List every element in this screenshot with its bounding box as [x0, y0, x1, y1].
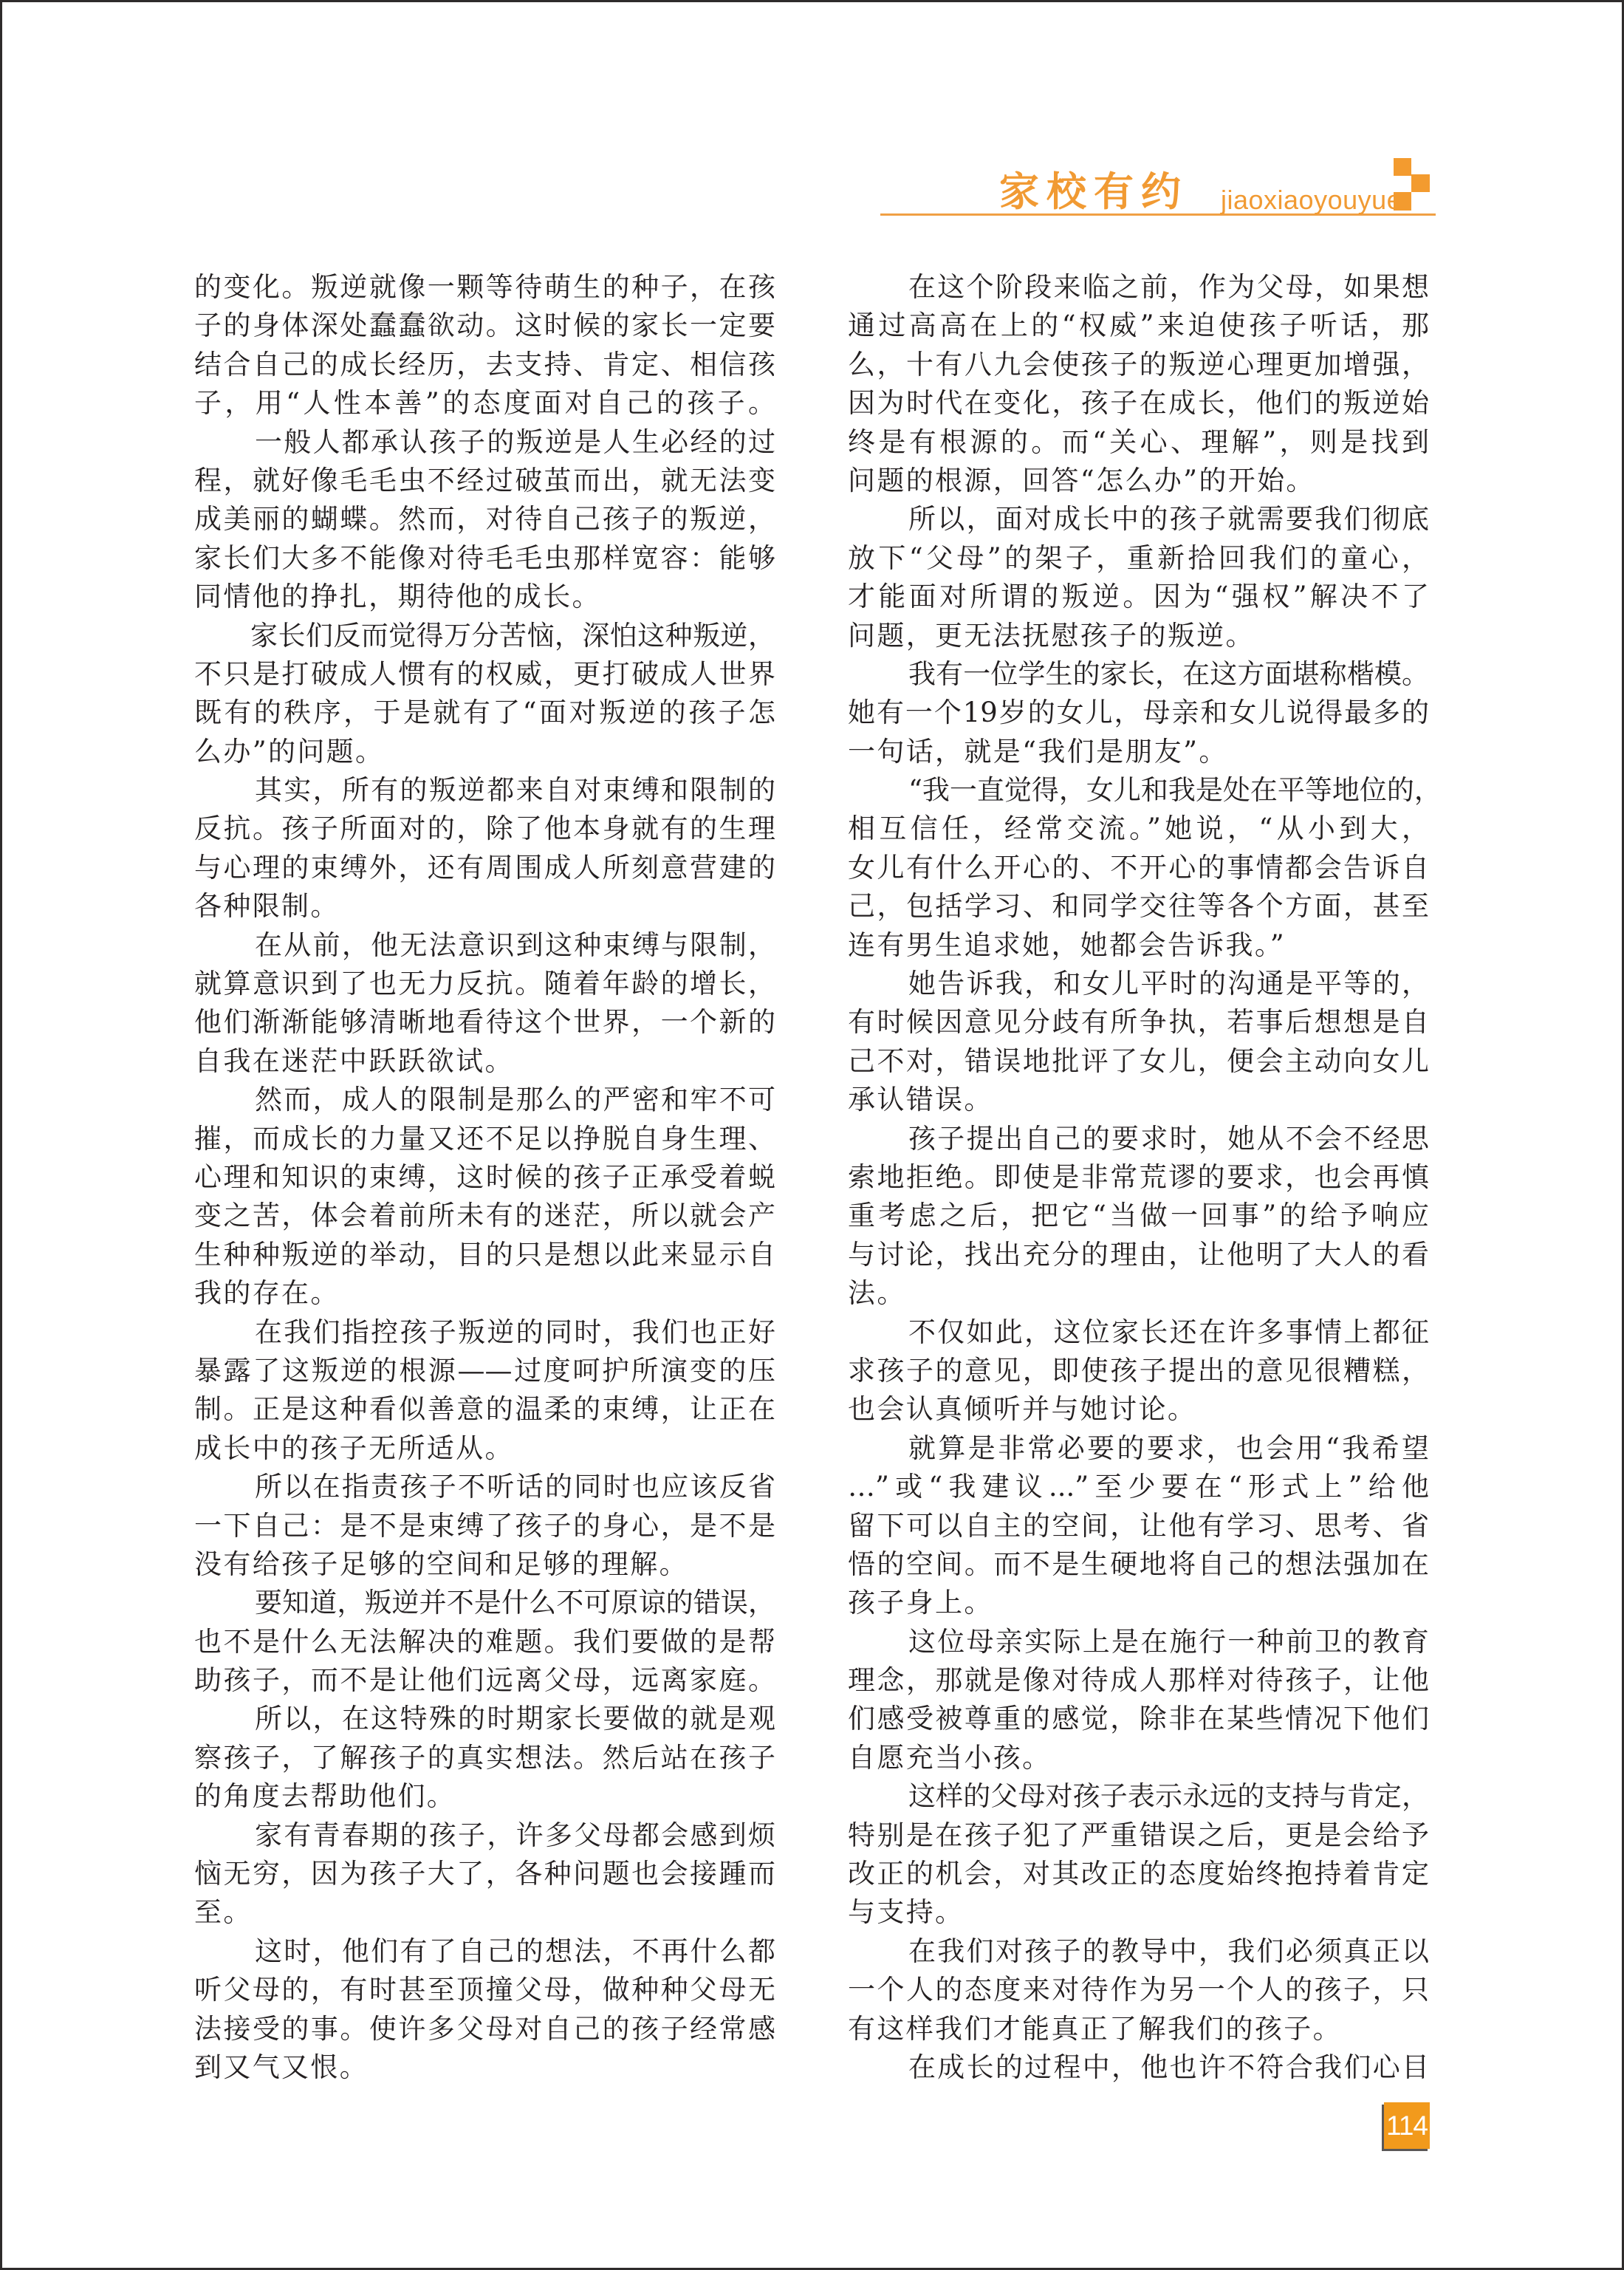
paragraph-end-line: 同情他的挣扎，期待他的成长。	[194, 578, 775, 616]
paragraph-start-line: 所以，在这特殊的时期家长要做的就是观	[194, 1700, 775, 1738]
paragraph-start-line: 其实，所有的叛逆都来自对束缚和限制的	[194, 771, 775, 810]
text-line: 子，用“人性本善”的态度面对自己的孩子。	[194, 384, 775, 423]
paragraph-end-line: 的角度去帮助他们。	[194, 1777, 775, 1816]
text-line: 子的身体深处蠢蠢欲动。这时候的家长一定要	[194, 307, 775, 345]
text-line: 特别是在孩子犯了严重错误之后，更是会给予	[848, 1816, 1429, 1855]
paragraph-end-line: 没有给孩子足够的空间和足够的理解。	[194, 1545, 775, 1584]
text-line: 成美丽的蝴蝶。然而，对待自己孩子的叛逆，	[194, 500, 775, 539]
text-line: 求孩子的意见，即使孩子提出的意见很糟糕，	[848, 1352, 1429, 1390]
text-line: 与心理的束缚外，还有周围成人所刻意营建的	[194, 849, 775, 887]
text-line: 一下自己：是不是束缚了孩子的身心，是不是	[194, 1507, 775, 1545]
text-line: 才能面对所谓的叛逆。因为“强权”解决不了	[848, 578, 1429, 616]
paragraph-end-line: 么办”的问题。	[194, 733, 775, 771]
text-line: 反抗。孩子所面对的，除了他本身就有的生理	[194, 810, 775, 848]
paragraph-start-line: 她告诉我，和女儿平时的沟通是平等的，	[848, 965, 1429, 1003]
text-line: 摧，而成长的力量又还不足以挣脱自身生理、	[194, 1120, 775, 1158]
paragraph-start-line: 家长们反而觉得万分苦恼，深怕这种叛逆，	[194, 617, 775, 655]
text-line: 们感受被尊重的感觉，除非在某些情况下他们	[848, 1700, 1429, 1738]
text-line: 理念，那就是像对待成人那样对待孩子，让他	[848, 1661, 1429, 1700]
paragraph-start-line: 我有一位学生的家长，在这方面堪称楷模。	[848, 655, 1429, 694]
text-line: 心理和知识的束缚，这时候的孩子正承受着蜕	[194, 1158, 775, 1197]
paragraph-end-line: 各种限制。	[194, 887, 775, 926]
paragraph-end-line: 与支持。	[848, 1893, 1429, 1932]
text-line: 制。正是这种看似善意的温柔的束缚，让正在	[194, 1390, 775, 1429]
paragraph-end-line: 连有男生追求她，她都会告诉我。”	[848, 926, 1429, 965]
text-line: 既有的秩序，于是就有了“面对叛逆的孩子怎	[194, 694, 775, 732]
text-line: 也不是什么无法解决的难题。我们要做的是帮	[194, 1623, 775, 1661]
paragraph-end-line: 自我在迷茫中跃跃欲试。	[194, 1042, 775, 1081]
paragraph-end-line: 成长中的孩子无所适从。	[194, 1429, 775, 1468]
paragraph-start-line: 不仅如此，这位家长还在许多事情上都征	[848, 1313, 1429, 1352]
text-line: 女儿有什么开心的、不开心的事情都会告诉自	[848, 849, 1429, 887]
text-line: 他们渐渐能够清晰地看待这个世界，一个新的	[194, 1003, 775, 1042]
paragraph-start-line: 一般人都承认孩子的叛逆是人生必经的过	[194, 423, 775, 462]
paragraph-end-line: 到又气又恨。	[194, 2048, 775, 2087]
text-line: 家长们大多不能像对待毛毛虫那样宽容：能够	[194, 539, 775, 578]
article-column-left: 的变化。叛逆就像一颗等待萌生的种子，在孩 子的身体深处蠢蠢欲动。这时候的家长一定…	[194, 268, 775, 2087]
text-line: 法接受的事。使许多父母对自己的孩子经常感	[194, 2010, 775, 2048]
orange-square-icon	[1394, 158, 1411, 176]
text-line: 终是有根源的。而“关心、理解”，则是找到	[848, 423, 1429, 462]
text-line: 与讨论，找出充分的理由，让他明了大人的看	[848, 1236, 1429, 1274]
paragraph-end-line: 法。	[848, 1274, 1429, 1313]
paragraph-start-line: 在这个阶段来临之前，作为父母，如果想	[848, 268, 1429, 307]
paragraph-start-line: 这样的父母对孩子表示永远的支持与肯定，	[848, 1777, 1429, 1816]
text-line: 悟的空间。而不是生硬地将自己的想法强加在	[848, 1545, 1429, 1584]
text-line: 一个人的态度来对待作为另一个人的孩子，只	[848, 1971, 1429, 2009]
orange-square-icon	[1394, 192, 1411, 211]
text-line: 己，包括学习、和同学交往等各个方面，甚至	[848, 887, 1429, 926]
text-line: …”或“我建议...”至少要在“形式上”给他	[848, 1468, 1429, 1506]
paragraph-end-line: 孩子身上。	[848, 1584, 1429, 1622]
text-line: 听父母的，有时甚至顶撞父母，做种种父母无	[194, 1971, 775, 2009]
paragraph-end-line: 有这样我们才能真正了解我们的孩子。	[848, 2010, 1429, 2048]
text-line: 相互信任，经常交流。”她说，“从小到大，	[848, 810, 1429, 848]
paragraph-end-line: 一句话，就是“我们是朋友”。	[848, 733, 1429, 771]
paragraph-end-line: 也会认真倾听并与她讨论。	[848, 1390, 1429, 1429]
text-line: 她有一个19岁的女儿，母亲和女儿说得最多的	[848, 694, 1429, 732]
text-line: 恼无穷，因为孩子大了，各种问题也会接踵而	[194, 1855, 775, 1893]
paragraph-start-line: 所以在指责孩子不听话的同时也应该反省	[194, 1468, 775, 1506]
text-line: 因为时代在变化，孩子在成长，他们的叛逆始	[848, 384, 1429, 423]
paragraph-start-line: 然而，成人的限制是那么的严密和牢不可	[194, 1081, 775, 1119]
paragraph-end-line: 承认错误。	[848, 1081, 1429, 1119]
text-line: 通过高高在上的“权威”来迫使孩子听话，那	[848, 307, 1429, 345]
text-line: 有时候因意见分歧有所争执，若事后想想是自	[848, 1003, 1429, 1042]
text-line: 变之苦，体会着前所未有的迷茫，所以就会产	[194, 1197, 775, 1235]
text-line: 不只是打破成人惯有的权威，更打破成人世界	[194, 655, 775, 694]
paragraph-start-line: “我一直觉得，女儿和我是处在平等地位的，	[848, 771, 1429, 810]
paragraph-start-line: 就算是非常必要的要求，也会用“我希望	[848, 1429, 1429, 1468]
section-title: 家校有约	[999, 168, 1188, 216]
paragraph-start-line: 在成长的过程中，他也许不符合我们心目	[848, 2048, 1429, 2087]
paragraph-start-line: 在我们指控孩子叛逆的同时，我们也正好	[194, 1313, 775, 1352]
paragraph-start-line: 这位母亲实际上是在施行一种前卫的教育	[848, 1623, 1429, 1661]
paragraph-end-line: 至。	[194, 1893, 775, 1932]
section-title-pinyin: jiaoxiaoyouyue	[1221, 187, 1402, 213]
paragraph-start-line: 要知道，叛逆并不是什么不可原谅的错误，	[194, 1584, 775, 1622]
text-line: 己不对，错误地批评了女儿，便会主动向女儿	[848, 1042, 1429, 1081]
paragraph-start-line: 这时，他们有了自己的想法，不再什么都	[194, 1932, 775, 1971]
text-line: 察孩子，了解孩子的真实想法。然后站在孩子	[194, 1739, 775, 1777]
text-line: 改正的机会，对其改正的态度始终抱持着肯定	[848, 1855, 1429, 1893]
paragraph-start-line: 所以，面对成长中的孩子就需要我们彻底	[848, 500, 1429, 539]
text-line: 的变化。叛逆就像一颗等待萌生的种子，在孩	[194, 268, 775, 307]
magazine-page: 家校有约 jiaoxiaoyouyue 的变化。叛逆就像一颗等待萌生的种子，在孩…	[0, 0, 1624, 2270]
text-line: 就算意识到了也无力反抗。随着年龄的增长，	[194, 965, 775, 1003]
orange-square-icon	[1411, 174, 1430, 192]
text-line: 索地拒绝。即使是非常荒谬的要求，也会再慎	[848, 1158, 1429, 1197]
text-line: 程，就好像毛毛虫不经过破茧而出，就无法变	[194, 462, 775, 500]
paragraph-end-line: 问题，更无法抚慰孩子的叛逆。	[848, 617, 1429, 655]
paragraph-start-line: 孩子提出自己的要求时，她从不会不经思	[848, 1120, 1429, 1158]
article-column-right: 在这个阶段来临之前，作为父母，如果想 通过高高在上的“权威”来迫使孩子听话，那 …	[848, 268, 1429, 2087]
text-line: 留下可以自主的空间，让他有学习、思考、省	[848, 1507, 1429, 1545]
text-line: 结合自己的成长经历，去支持、肯定、相信孩	[194, 346, 775, 384]
text-line: 么，十有八九会使孩子的叛逆心理更加增强，	[848, 346, 1429, 384]
paragraph-start-line: 在从前，他无法意识到这种束缚与限制，	[194, 926, 775, 965]
paragraph-start-line: 在我们对孩子的教导中，我们必须真正以	[848, 1932, 1429, 1971]
page-number: 114	[1384, 2102, 1430, 2149]
text-line: 重考虑之后，把它“当做一回事”的给予响应	[848, 1197, 1429, 1235]
text-line: 放下“父母”的架子，重新拾回我们的童心，	[848, 539, 1429, 578]
text-line: 生种种叛逆的举动，目的只是想以此来显示自	[194, 1236, 775, 1274]
paragraph-start-line: 家有青春期的孩子，许多父母都会感到烦	[194, 1816, 775, 1855]
text-line: 暴露了这叛逆的根源——过度呵护所演变的压	[194, 1352, 775, 1390]
paragraph-end-line: 助孩子，而不是让他们远离父母，远离家庭。	[194, 1661, 775, 1700]
paragraph-end-line: 问题的根源，回答“怎么办”的开始。	[848, 462, 1429, 500]
paragraph-end-line: 我的存在。	[194, 1274, 775, 1313]
paragraph-end-line: 自愿充当小孩。	[848, 1739, 1429, 1777]
